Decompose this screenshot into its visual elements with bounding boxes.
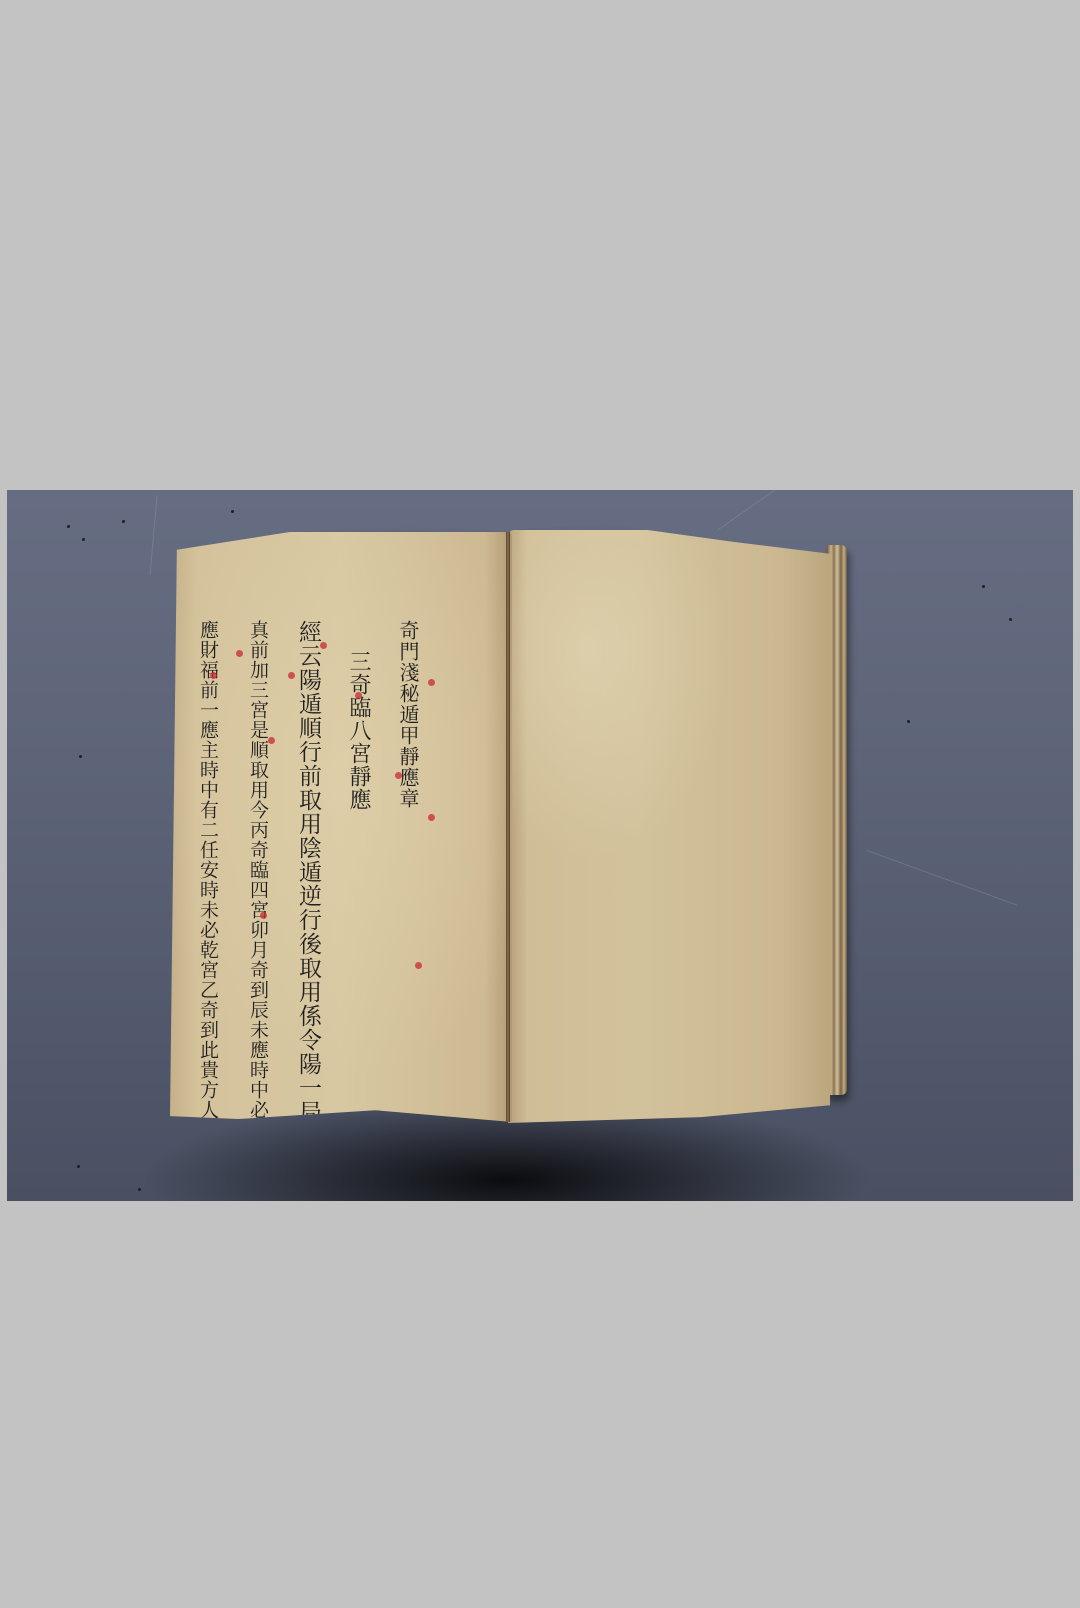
red-punctuation-mark [355, 692, 362, 699]
red-punctuation-mark [415, 962, 422, 969]
red-punctuation-mark [268, 737, 275, 744]
handwritten-text-block: 奇門淺秘遁甲靜應章 三奇臨八宮靜應 經云陽遁順行前取用陰遁逆行後取用係令陽一局日… [7, 620, 428, 1120]
left-page: 奇門淺秘遁甲靜應章 三奇臨八宮靜應 經云陽遁順行前取用陰遁逆行後取用係令陽一局日… [170, 532, 512, 1122]
red-punctuation-mark [428, 814, 435, 821]
open-book: 奇門淺秘遁甲靜應章 三奇臨八宮靜應 經云陽遁順行前取用陰遁逆行後取用係令陽一局日… [7, 490, 1073, 1201]
text-column: 方送之百日內進金銀白物三年生貴子進田地立合北方有吉人死應 [7, 620, 28, 1120]
text-column: 應主良丙奇見衣人相里鳥飛來成隊丁奇至此消詳人報力參驗在損獸群 [138, 620, 178, 1120]
right-page-blank [508, 530, 830, 1123]
red-punctuation-mark [288, 672, 295, 679]
red-punctuation-mark [320, 642, 327, 649]
red-punctuation-mark [395, 772, 402, 779]
text-column: 應財福前一應主時中有二任安時未必乾宮乙奇到此貴方人到此為祥不拘縷事 [188, 620, 228, 1120]
text-column: 真前加三宮是順取用今丙奇臨四宮卯月奇到辰未應時中必三奇主真應信為 [238, 620, 278, 1120]
red-punctuation-mark [428, 679, 435, 686]
red-punctuation-mark [210, 672, 217, 679]
red-punctuation-mark [260, 912, 267, 919]
text-column: 經云陽遁順行前取用陰遁逆行後取用係令陽一局日中庚午時以甲子 [288, 620, 328, 1120]
page-block-edge [827, 545, 847, 1095]
photograph: 奇門淺秘遁甲靜應章 三奇臨八宮靜應 經云陽遁順行前取用陰遁逆行後取用係令陽一局日… [7, 490, 1073, 1201]
text-column: 角獸為名 又云乙奇臨乾逢巽從方有禄馬文書印信之應丙奇臨乾逢異 [88, 620, 128, 1120]
book-spine [506, 532, 510, 1122]
text-column: 從方送百日進陰人財寶及西方人家產免主本家大旺丁奇臨乾逢巽從 [38, 620, 78, 1120]
chapter-title: 奇門淺秘遁甲靜應章 [388, 620, 428, 1120]
red-punctuation-mark [236, 650, 243, 657]
